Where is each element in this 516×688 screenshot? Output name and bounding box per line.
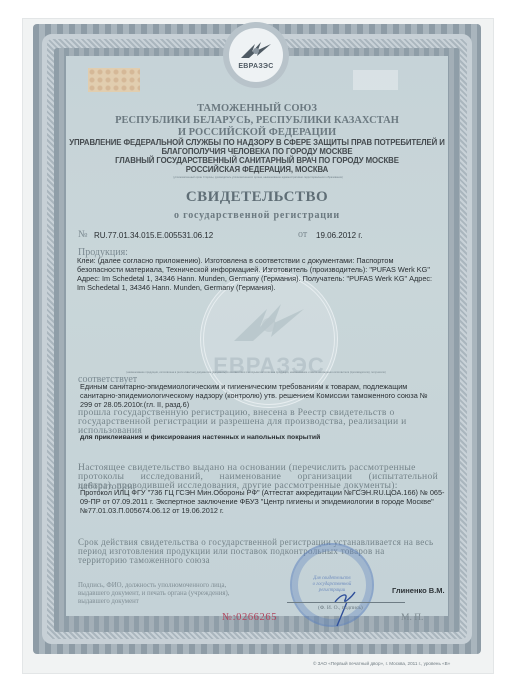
eurasec-logo-icon: [229, 299, 309, 349]
printer-note: © ЗАО «Первый печатный двор», г. Москва,…: [313, 661, 450, 666]
signature-caption-2: выдавшего документ, и печать органа (учр…: [78, 590, 229, 598]
usage-purpose: для приклеивания и фиксирования настенны…: [80, 433, 320, 442]
basis-document-3: №77.01.03.П.005674.06.12 от 19.06.2012 г…: [80, 506, 224, 515]
conformity-line-1: Единым санитарно-эпидемиологическим и ги…: [80, 382, 407, 391]
document-subtitle: о государственной регистрации: [66, 210, 448, 221]
union-title-line-1: ТАМОЖЕННЫЙ СОЮЗ: [66, 103, 448, 115]
product-line-2: безопасности материала, Технической инфо…: [77, 265, 430, 274]
eurasec-logo-icon: [239, 40, 273, 62]
authority-caption: (уполномоченный орган Стороны, руководит…: [108, 176, 408, 179]
handwritten-signature-icon: [325, 580, 365, 628]
conformity-line-2: санитарно-эпидемиологическому надзору (к…: [80, 391, 428, 400]
form-serial-number: №:0266265: [222, 612, 277, 623]
security-pattern: [88, 68, 140, 92]
eurasec-emblem: ЕВРАЗЭС: [223, 22, 289, 88]
date-label: от: [298, 229, 307, 240]
fio-caption: (Ф. И. О., подпись): [318, 605, 363, 611]
emblem-label: ЕВРАЗЭС: [238, 63, 273, 70]
product-line-3: Адрес: Im Schedetal 1, 34346 Hann. Munde…: [77, 274, 432, 283]
basis-document-1: Протокол ИЛЦ ФГУ "736 ГЦ ГСЭН Мин.Оборон…: [80, 488, 444, 497]
document-title: СВИДЕТЕЛЬСТВО: [66, 189, 448, 206]
union-title-line-2: РЕСПУБЛИКИ БЕЛАРУСЬ, РЕСПУБЛИКИ КАЗАХСТА…: [66, 115, 448, 127]
watermark-label: ЕВРАЗЭС: [213, 353, 325, 379]
signature-caption-3: выдавшего документ: [78, 598, 139, 606]
basis-document-2: 09-ПР от 07.09.2011 г. Экспертное заключ…: [80, 497, 434, 506]
security-patch: [353, 70, 398, 90]
number-label: №: [78, 229, 88, 240]
validity-line-3: территорию таможенного союза: [78, 556, 210, 566]
authority-line-4: РОССИЙСКАЯ ФЕДЕРАЦИЯ, МОСКВА: [66, 165, 448, 175]
registration-date: 19.06.2012 г.: [316, 231, 362, 240]
signer-name: Глиненко В.М.: [392, 586, 445, 595]
seal-place-label: М. П.: [401, 613, 423, 623]
signature-caption-1: Подпись, ФИО, должность уполномоченного …: [78, 582, 226, 590]
product-line-4: Im Schedetal 1, 34346 Hann. Munden, Germ…: [77, 283, 276, 292]
product-line-1: Клеи: (далее согласно приложению). Изгот…: [77, 256, 394, 265]
signature-line: [287, 602, 405, 603]
registration-number: RU.77.01.34.015.Е.005531.06.12: [94, 231, 213, 240]
